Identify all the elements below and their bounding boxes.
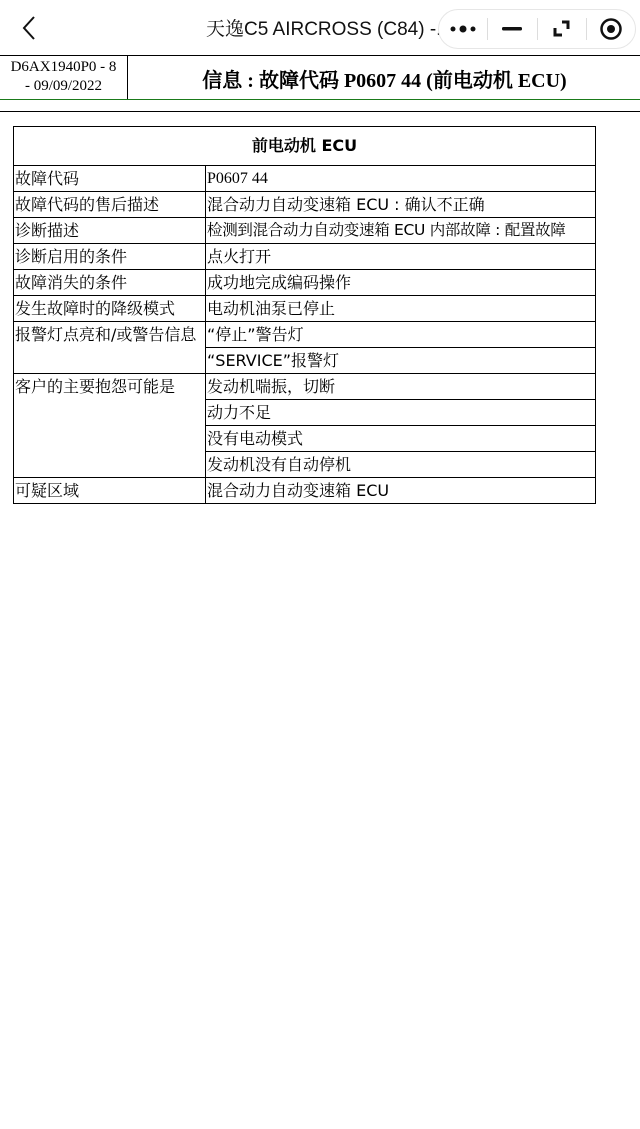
- document-id: D6AX1940P0 - 8 - 09/09/2022: [0, 56, 128, 100]
- table-row: 发生故障时的降级模式电动机油泵已停止: [14, 296, 596, 322]
- row-label: 故障消失的条件: [14, 270, 206, 296]
- row-value: 检测到混合动力自动变速箱 ECU 内部故障 : 配置故障: [206, 218, 596, 244]
- table-heading: 前电动机 ECU: [14, 127, 596, 166]
- row-value: “SERVICE”报警灯: [206, 348, 596, 374]
- row-value: 成功地完成编码操作: [206, 270, 596, 296]
- more-button[interactable]: [439, 10, 487, 48]
- page-title: 信息 : 故障代码 P0607 44 (前电动机 ECU): [129, 56, 640, 100]
- row-value: 混合动力自动变速箱 ECU: [206, 478, 596, 504]
- doc-id-line1: D6AX1940P0 - 8: [0, 58, 127, 77]
- more-icon: [450, 25, 476, 33]
- row-label: 诊断描述: [14, 218, 206, 244]
- row-label: 客户的主要抱怨可能是: [14, 374, 206, 478]
- row-value: 发动机没有自动停机: [206, 452, 596, 478]
- row-label: 故障代码的售后描述: [14, 192, 206, 218]
- row-label: 故障代码: [14, 166, 206, 192]
- row-value: 发动机喘振，切断: [206, 374, 596, 400]
- back-button[interactable]: [14, 12, 44, 44]
- row-label: 报警灯点亮和/或警告信息: [14, 322, 206, 374]
- row-label: 发生故障时的降级模式: [14, 296, 206, 322]
- table-row: 客户的主要抱怨可能是发动机喘振，切断: [14, 374, 596, 400]
- close-button[interactable]: [587, 10, 635, 48]
- table-row: 报警灯点亮和/或警告信息“停止”警告灯: [14, 322, 596, 348]
- restore-button[interactable]: [538, 10, 586, 48]
- row-label: 可疑区域: [14, 478, 206, 504]
- window-title: 天逸C5 AIRCROSS (C84) -...: [206, 14, 452, 41]
- table-row: 故障代码的售后描述混合动力自动变速箱 ECU : 确认不正确: [14, 192, 596, 218]
- minimize-icon: [502, 27, 522, 31]
- table-row: 诊断启用的条件点火打开: [14, 244, 596, 270]
- table-row: 诊断描述检测到混合动力自动变速箱 ECU 内部故障 : 配置故障: [14, 218, 596, 244]
- row-value: 动力不足: [206, 400, 596, 426]
- fault-info-table: 前电动机 ECU 故障代码P0607 44 故障代码的售后描述混合动力自动变速箱…: [13, 126, 596, 504]
- minimize-button[interactable]: [488, 10, 536, 48]
- record-icon: [599, 17, 623, 41]
- top-bar: 天逸C5 AIRCROSS (C84) -...: [0, 0, 640, 56]
- row-label: 诊断启用的条件: [14, 244, 206, 270]
- mini-program-capsule: [438, 9, 636, 49]
- restore-icon: [552, 19, 572, 39]
- doc-date: - 09/09/2022: [0, 77, 127, 96]
- row-value: 没有电动模式: [206, 426, 596, 452]
- header-divider: [0, 99, 640, 100]
- row-value: 点火打开: [206, 244, 596, 270]
- section-divider: [0, 111, 640, 112]
- document-header: D6AX1940P0 - 8 - 09/09/2022 信息 : 故障代码 P0…: [0, 55, 640, 100]
- row-value: P0607 44: [206, 166, 596, 192]
- row-value: 混合动力自动变速箱 ECU : 确认不正确: [206, 192, 596, 218]
- chevron-left-icon: [21, 15, 37, 41]
- row-value: “停止”警告灯: [206, 322, 596, 348]
- table-row: 故障消失的条件成功地完成编码操作: [14, 270, 596, 296]
- table-row: 故障代码P0607 44: [14, 166, 596, 192]
- row-value: 电动机油泵已停止: [206, 296, 596, 322]
- table-row: 可疑区域混合动力自动变速箱 ECU: [14, 478, 596, 504]
